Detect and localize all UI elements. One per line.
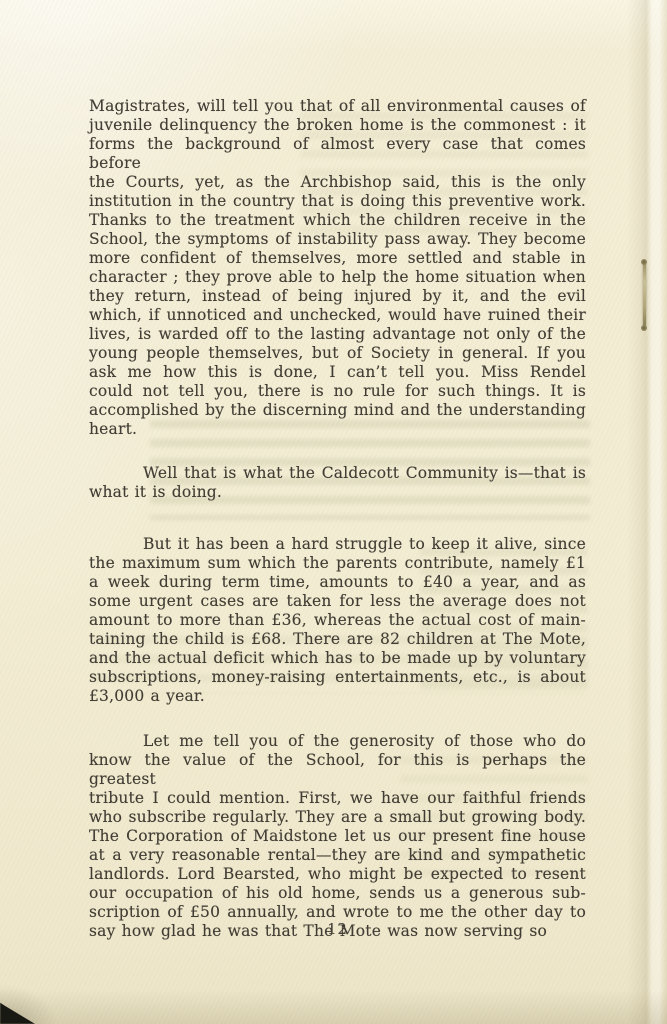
text-line: scription of £50 annually, and wrote to … [89, 903, 586, 922]
text-line: Well that is what the Caldecott Communit… [89, 464, 586, 483]
paragraph: Well that is what the Caldecott Communit… [89, 464, 586, 502]
text-line: what it is doing. [89, 483, 586, 502]
text-line: Let me tell you of the generosity of tho… [89, 732, 586, 751]
text-line: institution in the country that is doing… [89, 192, 586, 211]
text-line: tribute I could mention. First, we have … [89, 789, 586, 808]
text-line: £3,000 a year. [89, 687, 586, 706]
text-line: ask me how this is done, I can’t tell yo… [89, 363, 586, 382]
text-line: character ; they prove able to help the … [89, 268, 586, 287]
text-line: landlords. Lord Bearsted, who might be e… [89, 865, 586, 884]
page-right-edge [627, 0, 667, 1024]
text-line: forms the background of almost every cas… [89, 135, 586, 173]
text-line: at a very reasonable rental—they are kin… [89, 846, 586, 865]
paragraph: But it has been a hard struggle to keep … [89, 535, 586, 706]
page-text-block: Magistrates, will tell you that of all e… [89, 97, 586, 941]
text-line: Magistrates, will tell you that of all e… [89, 97, 586, 116]
text-line: a week during term time, amounts to £40 … [89, 573, 586, 592]
text-line: lives, is warded off to the lasting adva… [89, 325, 586, 344]
text-line: juvenile delinquency the broken home is … [89, 116, 586, 135]
text-line: know the value of the School, for this i… [89, 751, 586, 789]
text-line: could not tell you, there is no rule for… [89, 382, 586, 401]
paragraph: Let me tell you of the generosity of tho… [89, 732, 586, 941]
text-line: Thanks to the treatment which the childr… [89, 211, 586, 230]
text-line: heart. [89, 420, 586, 439]
text-line: they return, instead of being injured by… [89, 287, 586, 306]
text-line: young people themselves, but of Society … [89, 344, 586, 363]
text-line: some urgent cases are taken for less the… [89, 592, 586, 611]
text-line: more confident of themselves, more settl… [89, 249, 586, 268]
text-line: subscriptions, money-raising entertainme… [89, 668, 586, 687]
staple-mark [643, 262, 646, 328]
paragraph: Magistrates, will tell you that of all e… [89, 97, 586, 439]
text-line: accomplished by the discerning mind and … [89, 401, 586, 420]
text-line: amount to more than £36, whereas the act… [89, 611, 586, 630]
text-line: the maximum sum which the parents contri… [89, 554, 586, 573]
text-line: the Courts, yet, as the Archbishop said,… [89, 173, 586, 192]
text-line: our occupation of his old home, sends us… [89, 884, 586, 903]
text-line: who subscribe regularly. They are a smal… [89, 808, 586, 827]
text-line: School, the symptoms of instability pass… [89, 230, 586, 249]
text-line: which, if unnoticed and unchecked, would… [89, 306, 586, 325]
page-number: 12 [89, 922, 586, 938]
text-line: and the actual deficit which has to be m… [89, 649, 586, 668]
text-line: But it has been a hard struggle to keep … [89, 535, 586, 554]
text-line: taining the child is £68. There are 82 c… [89, 630, 586, 649]
page-bottom-shadow [0, 990, 667, 1024]
text-line: The Corporation of Maidstone let us our … [89, 827, 586, 846]
book-page: Magistrates, will tell you that of all e… [0, 0, 667, 1024]
